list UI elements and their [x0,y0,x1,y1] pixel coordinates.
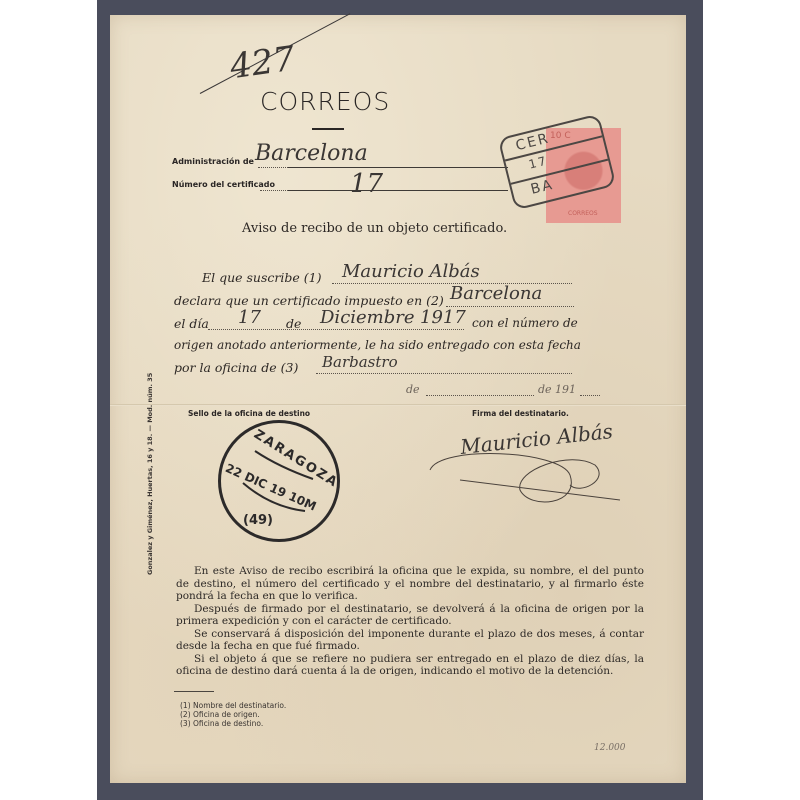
month-value: Diciembre [320,307,415,328]
document-page: 427 CORREOS Administración de Barcelona … [110,15,686,783]
field-line [288,190,508,191]
signature-flourish [420,440,630,510]
fold-crease [110,404,686,406]
body-line-4: origen anotado anteriormente, le ha sido… [174,338,581,352]
body-line-3-label: el día [174,316,209,331]
certificado-label: Número del certificado [172,180,275,189]
page-title: CORREOS [260,87,390,116]
body-line-1-value: Mauricio Albás [342,261,480,282]
footnote: (1) Nombre del destinatario. [180,701,286,710]
instruction-paragraph: Si el objeto á que se refiere no pudiera… [176,653,644,678]
stamp-line-2: 17 [527,153,549,171]
seal-label: Sello de la oficina de destino [188,409,310,418]
footnote-rule [174,691,214,692]
dotted-line [208,329,464,330]
date-de-2: de 191 [538,383,576,396]
title-rule [312,128,344,130]
administracion-label: Administración de [172,157,254,166]
dotted-line [426,395,534,396]
printer-imprint: Gonzalez y Giménez, Huertas, 16 y 18. — … [146,373,154,575]
zaragoza-postmark: ZARAGOZA 22 DIC 19 10M (49) [218,420,340,542]
dotted-line [258,167,288,168]
body-line-3-suffix: con el número de [472,316,578,330]
administracion-value: Barcelona [255,141,368,166]
body-line-5-value: Barbastro [322,353,398,371]
instructions-text: En este Aviso de recibo escribirá la ofi… [176,565,644,678]
instruction-paragraph: Después de firmado por el destinatario, … [176,603,644,628]
day-value: 17 [238,307,261,328]
field-line [288,167,508,168]
pencil-note: 12.000 [594,743,626,753]
body-line-2-label: declara que un certificado impuesto en (… [174,293,444,308]
footnote: (3) Oficina de destino. [180,719,286,728]
form-subtitle: Aviso de recibo de un objeto certificado… [242,221,507,236]
footnote: (2) Oficina de origen. [180,710,286,719]
year-value: 1917 [420,307,466,328]
instruction-paragraph: En este Aviso de recibo escribirá la ofi… [176,565,644,603]
postmark-number: (49) [243,513,273,528]
dotted-line [260,190,288,191]
dotted-line [580,395,600,396]
signature-label: Firma del destinatario. [472,409,569,418]
stamp-caption: CORREOS [568,210,598,217]
date-de-1: de [406,383,420,396]
body-line-1-label: El que suscribe (1) [202,270,321,285]
dotted-line [316,373,572,374]
body-line-5-label: por la oficina de (3) [174,360,298,375]
instruction-paragraph: Se conservará á disposición del imponent… [176,628,644,653]
body-line-2-value: Barcelona [450,283,542,304]
stamp-line-3: BA [529,177,555,198]
certificado-value: 17 [350,169,383,199]
de-label: de [286,316,301,331]
diagonal-pen-line [200,13,351,94]
footnotes: (1) Nombre del destinatario. (2) Oficina… [180,701,286,728]
